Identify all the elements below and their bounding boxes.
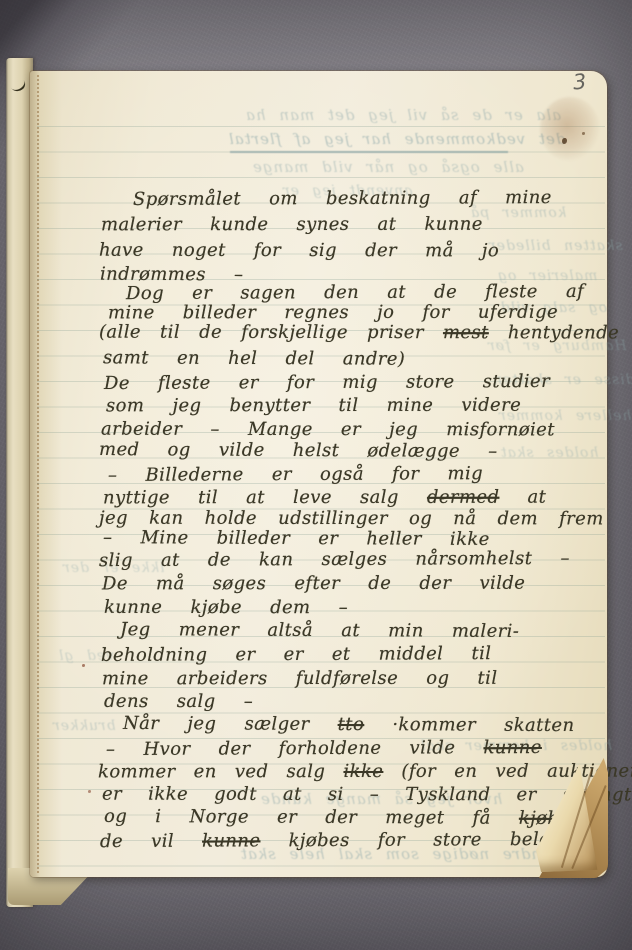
handwritten-line: Dog er sagen den at de fleste af bbox=[126, 281, 584, 304]
page-number: 3 bbox=[572, 71, 587, 93]
handwritten-line: de vil kunne kjøbes for store beløb bbox=[100, 829, 562, 852]
handwritten-segment: malerier kunde synes at kunne bbox=[101, 214, 483, 236]
handwritten-segment: de vil bbox=[100, 831, 202, 852]
handwritten-line: – Mine billeder er heller ikke bbox=[103, 527, 490, 550]
handwritten-segment: at bbox=[499, 487, 546, 508]
handwritten-segment: arbeider – Mange er jeg misfornøiet bbox=[101, 419, 555, 441]
struck-word: kunne bbox=[483, 737, 541, 758]
handwritten-segment: kunne kjøbe dem – bbox=[104, 597, 348, 618]
handwritten-line: arbeider – Mange er jeg misfornøiet bbox=[101, 419, 555, 441]
handwritten-line: mine arbeiders fuldførelse og til bbox=[102, 668, 498, 690]
handwritten-segment: hentydende bbox=[489, 322, 619, 343]
handwritten-segment: beholdning er er et middel til bbox=[101, 643, 491, 666]
handwritten-line: have noget for sig der må jo bbox=[99, 240, 499, 262]
handwritten-line: som jeg benytter til mine videre bbox=[106, 395, 521, 417]
handwritten-segment: (alle til de forskjellige priser bbox=[99, 322, 443, 344]
handwritten-line: (alle til de forskjellige priser mest he… bbox=[99, 322, 619, 344]
handwritten-segment: jeg kan holde udstillinger og nå dem fre… bbox=[99, 508, 604, 530]
handwritten-segment: have noget for sig der må jo bbox=[99, 240, 499, 262]
handwritten-segment: De må søges efter de der vilde bbox=[102, 573, 525, 595]
struck-word: tto bbox=[338, 714, 365, 735]
struck-word: mest bbox=[443, 322, 489, 343]
handwritten-segment: – Hvor der forholdene vilde bbox=[106, 737, 484, 760]
handwritten-segment: med og vilde helst ødelægge – bbox=[99, 439, 498, 462]
handwritten-line: Spørsmålet om beskatning af mine bbox=[133, 187, 552, 210]
stain-mark bbox=[540, 97, 600, 161]
handwritten-segment: mine arbeiders fuldførelse og til bbox=[102, 668, 498, 690]
handwritten-segment: kommer en ved salg bbox=[98, 761, 344, 782]
handwritten-line: – Billederne er også for mig bbox=[108, 463, 483, 486]
handwritten-segment: nyttige til at leve salg bbox=[103, 487, 427, 509]
handwritten-segment: ·kommer skatten bbox=[364, 714, 574, 736]
handwritten-line: De må søges efter de der vilde bbox=[102, 573, 525, 595]
handwritten-line: Jeg mener altså at min maleri- bbox=[120, 619, 519, 642]
photograph-of-notebook: ala er de så vil jeg det man hadet vedko… bbox=[0, 0, 632, 950]
handwritten-line: De fleste er for mig store studier bbox=[104, 371, 550, 394]
handwritten-line: nyttige til at leve salg dermed at bbox=[103, 487, 546, 509]
handwritten-segment: og i Norge er der meget få bbox=[104, 806, 519, 829]
handwritten-segment: samt en hel del andre) bbox=[103, 347, 405, 369]
handwritten-line: samt en hel del andre) bbox=[103, 347, 405, 369]
handwritten-line: dens salg – bbox=[104, 691, 253, 712]
handwritten-line: – Hvor der forholdene vilde kunne bbox=[106, 737, 542, 760]
handwritten-segment: – Mine billeder er heller ikke bbox=[103, 527, 490, 550]
handwritten-segment: som jeg benytter til mine videre bbox=[106, 395, 521, 417]
handwritten-line: mine billeder regnes jo for uferdige bbox=[108, 302, 558, 324]
handwritten-segment: mine billeder regnes jo for uferdige bbox=[108, 302, 558, 324]
handwritten-line: og i Norge er der meget få kjøbere bbox=[104, 806, 591, 829]
struck-word: ikke bbox=[343, 761, 383, 782]
struck-word: kunne bbox=[202, 830, 260, 851]
handwritten-segment: Jeg mener altså at min maleri- bbox=[120, 619, 519, 642]
handwritten-segment: dens salg – bbox=[104, 691, 253, 712]
dog-ear-corner bbox=[536, 758, 608, 878]
handwritten-segment: Når jeg sælger bbox=[123, 713, 338, 735]
handwritten-line: kunne kjøbe dem – bbox=[104, 597, 348, 618]
handwritten-segment: kjøbes for store beløb bbox=[260, 829, 562, 851]
handwritten-line: slig at de kan sælges nårsomhelst – bbox=[99, 548, 570, 571]
handwritten-segment: slig at de kan sælges nårsomhelst – bbox=[99, 548, 570, 571]
handwritten-line: beholdning er er et middel til bbox=[101, 643, 491, 666]
handwritten-line: jeg kan holde udstillinger og nå dem fre… bbox=[99, 508, 604, 530]
handwritten-line: malerier kunde synes at kunne bbox=[101, 214, 483, 236]
struck-word: dermed bbox=[427, 487, 499, 508]
handwritten-segment: De fleste er for mig store studier bbox=[104, 371, 550, 394]
handwritten-segment: Spørsmålet om beskatning af mine bbox=[133, 187, 552, 210]
handwritten-line: med og vilde helst ødelægge – bbox=[99, 439, 498, 462]
handwritten-segment: – Billederne er også for mig bbox=[108, 463, 483, 486]
handwritten-line: Når jeg sælger tto ·kommer skatten bbox=[123, 713, 575, 736]
handwritten-segment: Dog er sagen den at de fleste af bbox=[126, 281, 584, 304]
